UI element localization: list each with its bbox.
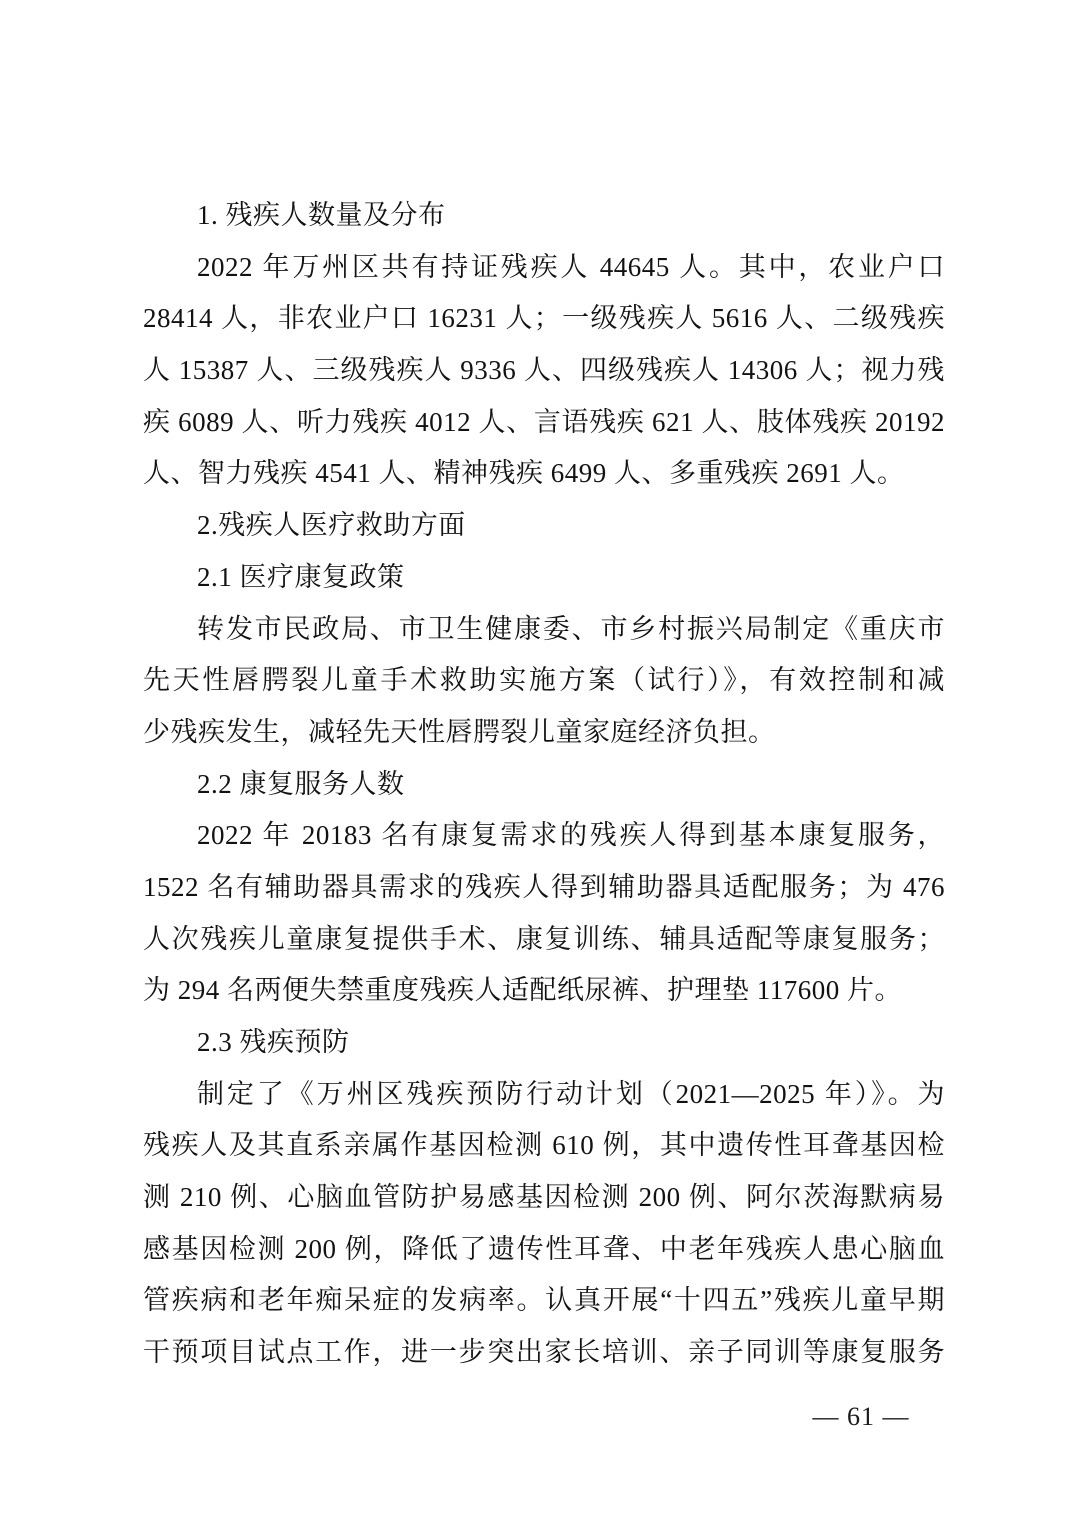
text-line: 先天性唇腭裂儿童手术救助实施方案（试行）》，有效控制和减 (143, 655, 945, 707)
text-line: 管疾病和老年痴呆症的发病率。认真开展“十四五”残疾儿童早期 (143, 1275, 945, 1327)
text-line: 为 294 名两便失禁重度残疾人适配纸尿裤、护理垫 117600 片。 (143, 965, 945, 1017)
paragraph: 2.1 医疗康复政策 (143, 552, 945, 604)
document-body: 1. 残疾人数量及分布2022 年万州区共有持证残疾人 44645 人。其中，农… (143, 190, 945, 1379)
text-line: 2.3 残疾预防 (143, 1017, 945, 1069)
text-line: 制定了《万州区残疾预防行动计划（2021—2025 年）》。为 (143, 1069, 945, 1121)
text-line: 残疾人及其直系亲属作基因检测 610 例，其中遗传性耳聋基因检 (143, 1120, 945, 1172)
text-line: 疾 6089 人、听力残疾 4012 人、言语残疾 621 人、肢体残疾 201… (143, 397, 945, 449)
text-line: 2022 年万州区共有持证残疾人 44645 人。其中，农业户口 (143, 242, 945, 294)
text-line: 2.1 医疗康复政策 (143, 552, 945, 604)
text-line: 感基因检测 200 例，降低了遗传性耳聋、中老年残疾人患心脑血 (143, 1224, 945, 1276)
text-line: 少残疾发生，减轻先天性唇腭裂儿童家庭经济负担。 (143, 707, 945, 759)
text-line: 测 210 例、心脑血管防护易感基因检测 200 例、阿尔茨海默病易 (143, 1172, 945, 1224)
text-line: 人次残疾儿童康复提供手术、康复训练、辅具适配等康复服务； (143, 914, 945, 966)
paragraph: 2.2 康复服务人数 (143, 759, 945, 811)
text-line: 28414 人，非农业户口 16231 人；一级残疾人 5616 人、二级残疾 (143, 293, 945, 345)
paragraph: 转发市民政局、市卫生健康委、市乡村振兴局制定《重庆市先天性唇腭裂儿童手术救助实施… (143, 604, 945, 759)
paragraph: 2022 年 20183 名有康复需求的残疾人得到基本康复服务，1522 名有辅… (143, 810, 945, 1017)
text-line: 人、智力残疾 4541 人、精神残疾 6499 人、多重残疾 2691 人。 (143, 448, 945, 500)
page-number: — 61 — (806, 1400, 916, 1434)
paragraph: 2.3 残疾预防 (143, 1017, 945, 1069)
text-line: 2.残疾人医疗救助方面 (143, 500, 945, 552)
text-line: 人 15387 人、三级残疾人 9336 人、四级残疾人 14306 人；视力残 (143, 345, 945, 397)
text-line: 1. 残疾人数量及分布 (143, 190, 945, 242)
paragraph: 制定了《万州区残疾预防行动计划（2021—2025 年）》。为残疾人及其直系亲属… (143, 1069, 945, 1379)
paragraph: 2022 年万州区共有持证残疾人 44645 人。其中，农业户口28414 人，… (143, 242, 945, 500)
text-line: 2.2 康复服务人数 (143, 759, 945, 811)
text-line: 转发市民政局、市卫生健康委、市乡村振兴局制定《重庆市 (143, 604, 945, 656)
text-line: 2022 年 20183 名有康复需求的残疾人得到基本康复服务， (143, 810, 945, 862)
text-line: 1522 名有辅助器具需求的残疾人得到辅助器具适配服务；为 476 (143, 862, 945, 914)
document-page: 1. 残疾人数量及分布2022 年万州区共有持证残疾人 44645 人。其中，农… (0, 0, 1074, 1520)
paragraph: 1. 残疾人数量及分布 (143, 190, 945, 242)
paragraph: 2.残疾人医疗救助方面 (143, 500, 945, 552)
text-line: 干预项目试点工作，进一步突出家长培训、亲子同训等康复服务 (143, 1327, 945, 1379)
